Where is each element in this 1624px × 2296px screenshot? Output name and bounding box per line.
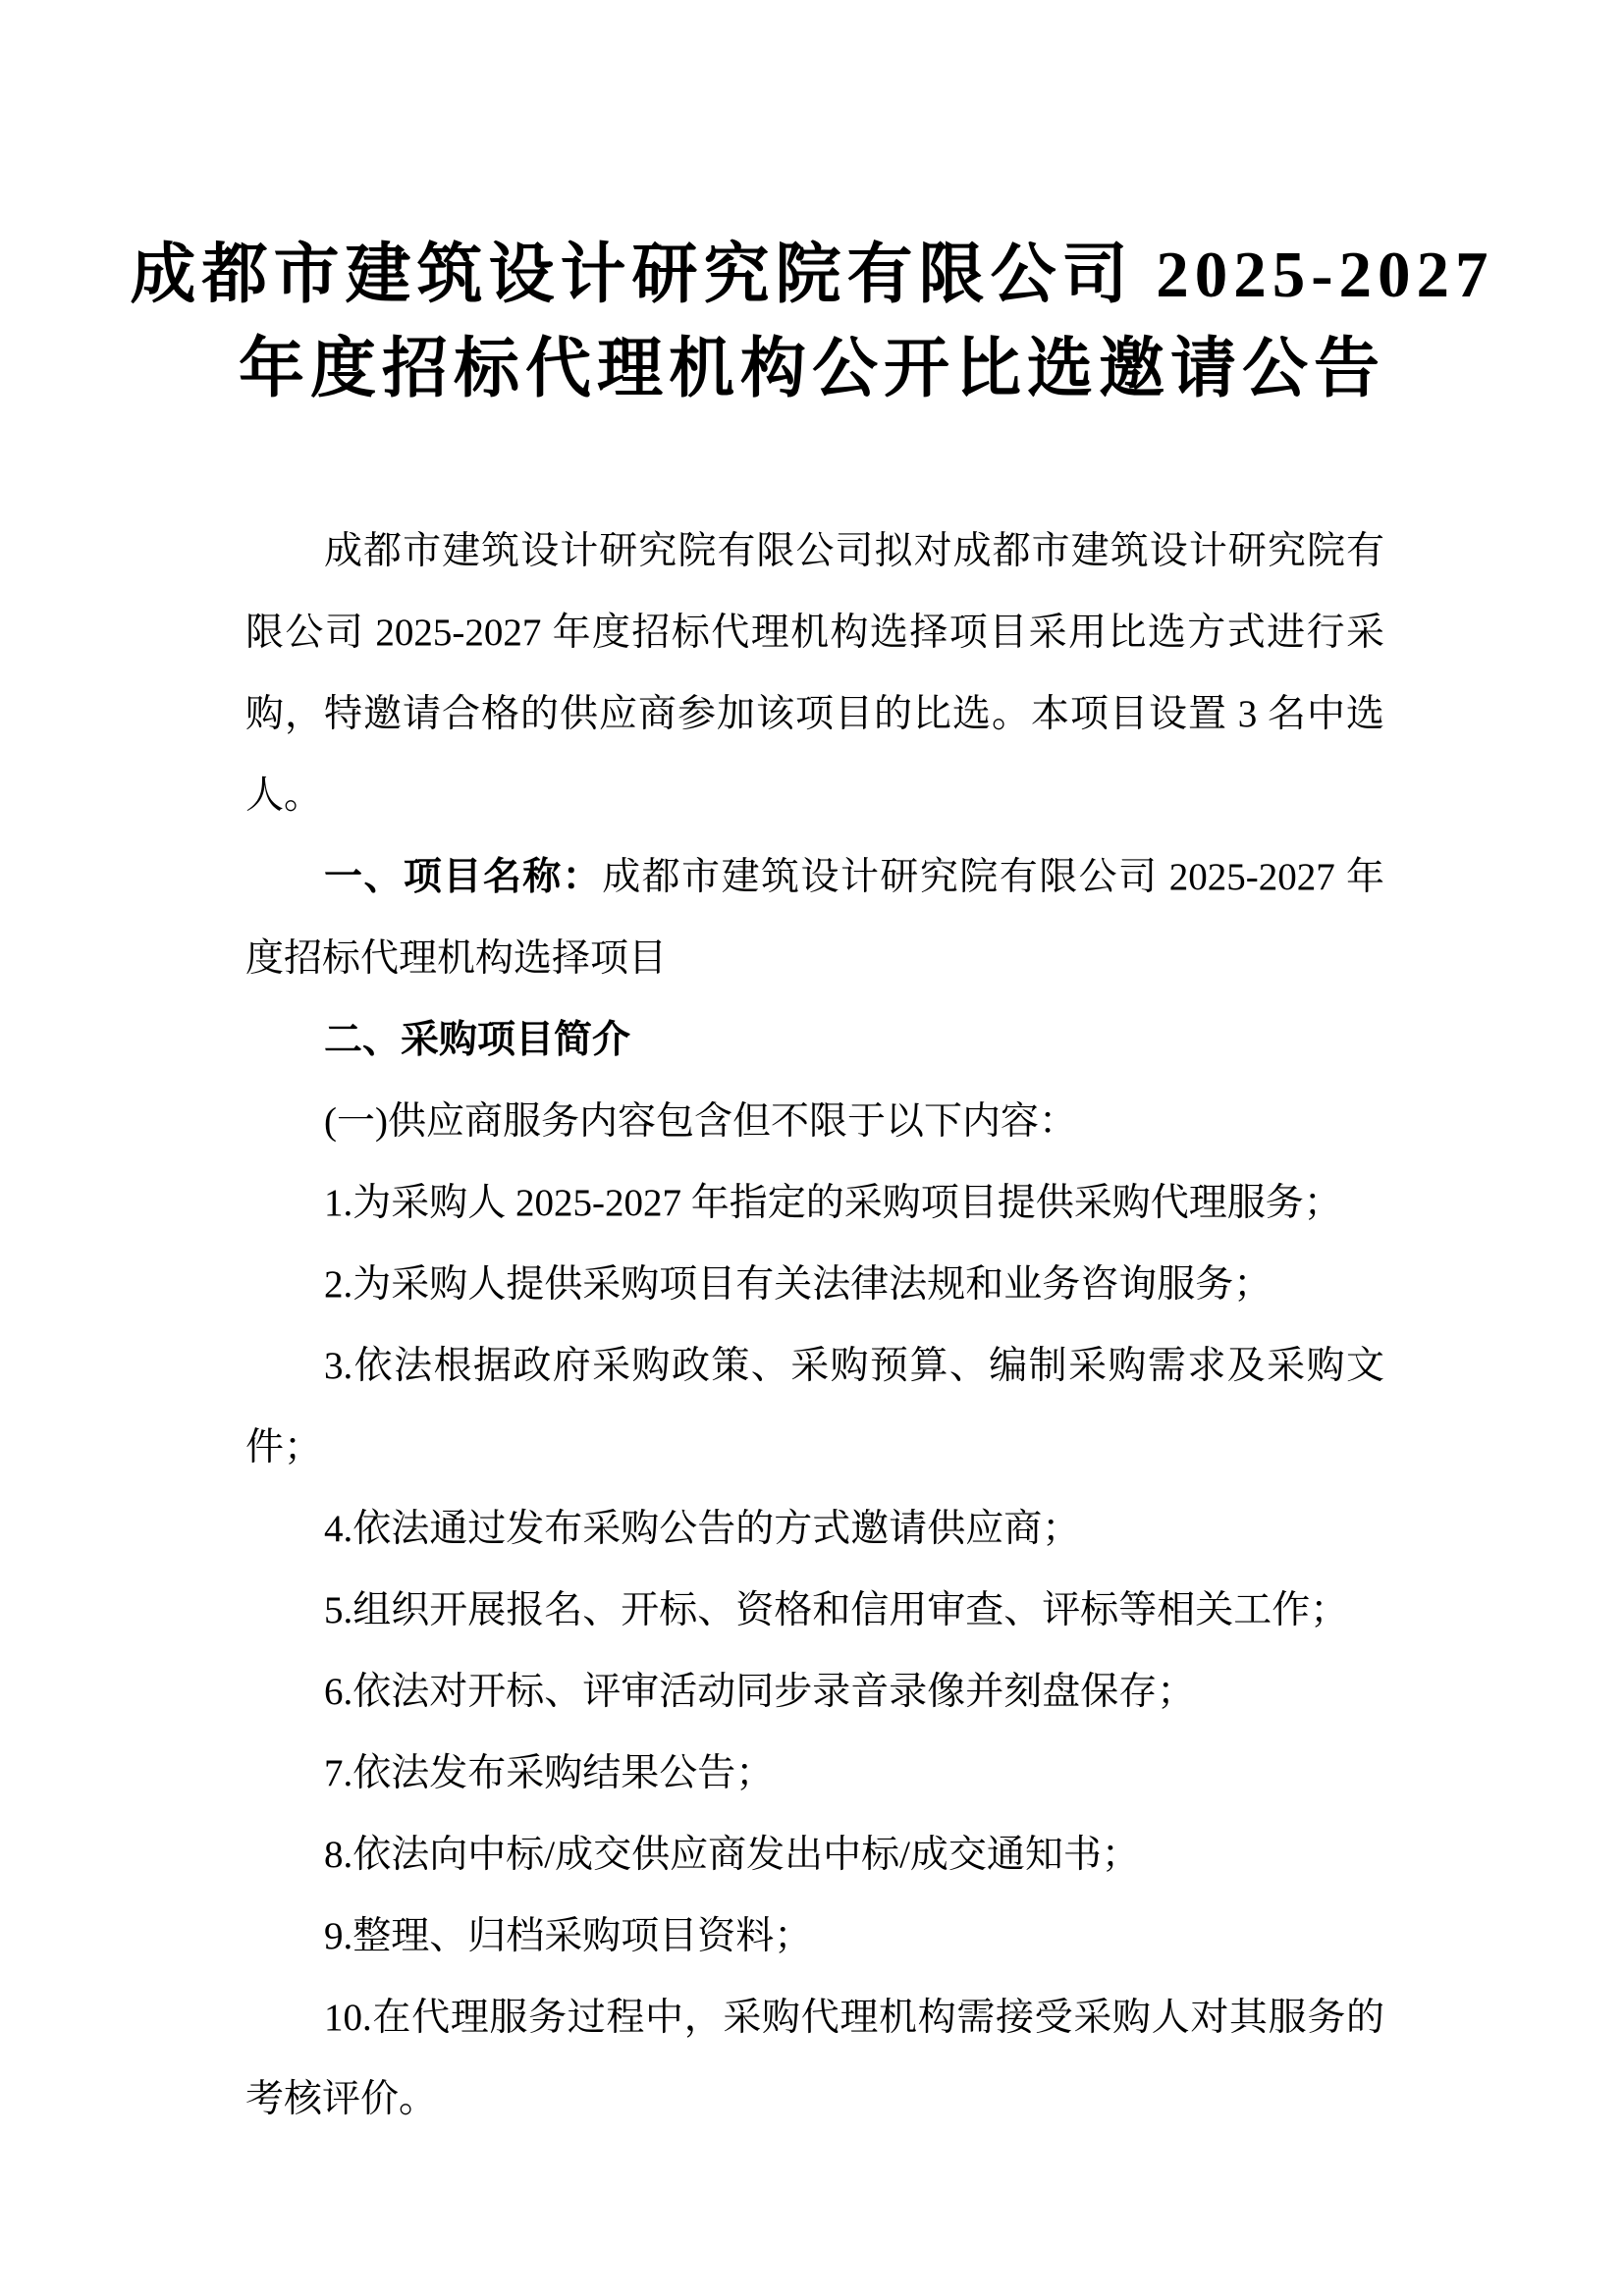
service-item-3: 3.依法根据政府采购政策、采购预算、编制采购需求及采购文件；	[245, 1325, 1384, 1488]
subsection-1-paragraph: (一)供应商服务内容包含但不限于以下内容：	[245, 1081, 1384, 1162]
service-item-1: 1.为采购人 2025-2027 年指定的采购项目提供采购代理服务；	[245, 1162, 1384, 1244]
service-item-2: 2.为采购人提供采购项目有关法律法规和业务咨询服务；	[245, 1244, 1384, 1325]
title-line-2: 年度招标代理机构公开比选邀请公告	[0, 322, 1624, 416]
intro-paragraph: 成都市建筑设计研究院有限公司拟对成都市建筑设计研究院有限公司 2025-2027…	[245, 510, 1384, 836]
title-line-1: 成都市建筑设计研究院有限公司 2025-2027	[0, 228, 1624, 322]
service-item-9: 9.整理、归档采购项目资料；	[245, 1896, 1384, 1977]
section-2-paragraph: 二、采购项目简介	[245, 999, 1384, 1081]
service-item-10: 10.在代理服务过程中，采购代理机构需接受采购人对其服务的考核评价。	[245, 1977, 1384, 2140]
document-title: 成都市建筑设计研究院有限公司 2025-2027 年度招标代理机构公开比选邀请公…	[0, 0, 1624, 416]
section-1-paragraph: 一、项目名称：成都市建筑设计研究院有限公司 2025-2027 年度招标代理机构…	[245, 836, 1384, 999]
service-item-6: 6.依法对开标、评审活动同步录音录像并刻盘保存；	[245, 1651, 1384, 1733]
service-item-4: 4.依法通过发布采购公告的方式邀请供应商；	[245, 1488, 1384, 1570]
section-2-heading: 二、采购项目简介	[324, 1019, 630, 1061]
document-body: 成都市建筑设计研究院有限公司拟对成都市建筑设计研究院有限公司 2025-2027…	[245, 510, 1384, 2140]
service-item-5: 5.组织开展报名、开标、资格和信用审查、评标等相关工作；	[245, 1570, 1384, 1651]
document-page: 成都市建筑设计研究院有限公司 2025-2027 年度招标代理机构公开比选邀请公…	[0, 0, 1624, 2296]
service-item-8: 8.依法向中标/成交供应商发出中标/成交通知书；	[245, 1814, 1384, 1896]
service-item-7: 7.依法发布采购结果公告；	[245, 1733, 1384, 1814]
section-1-heading: 一、项目名称：	[324, 856, 602, 898]
